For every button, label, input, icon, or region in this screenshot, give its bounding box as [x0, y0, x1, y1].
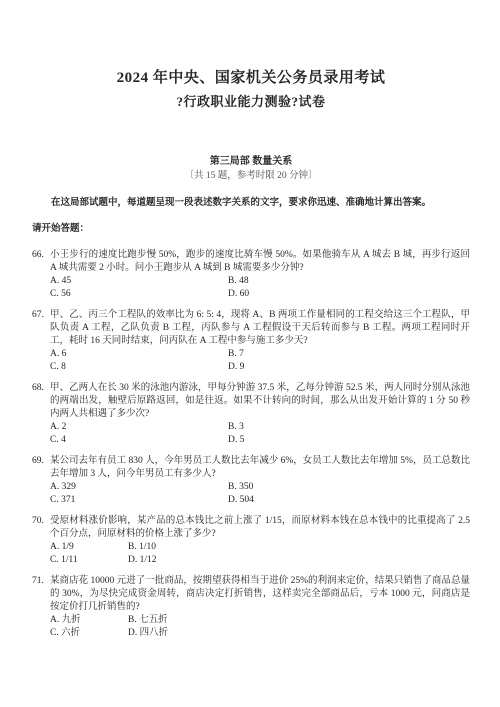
question-number: 68. — [32, 382, 50, 447]
answer-option: D. 9 — [228, 361, 470, 374]
answer-option: B. 350 — [228, 481, 470, 494]
section-meta: 〔共 15 题，参考时限 20 分钟〕 — [32, 169, 470, 183]
question-number: 67. — [32, 309, 50, 374]
question-text: 甲、乙、丙三个工程队的效率比为 6: 5: 4，现将 A、B 两项工作量相同的工… — [50, 309, 470, 348]
question-body: 某公司去年有员工 830 人，今年男员工人数比去年减少 6%，女员工人数比去年增… — [50, 455, 470, 507]
answer-option: D. 504 — [228, 494, 470, 507]
options-grid: A. 45B. 48C. 56D. 60 — [50, 275, 470, 301]
answer-option: C. 六折 — [50, 627, 128, 640]
answer-option: C. 371 — [50, 494, 228, 507]
question-text: 甲、乙两人在长 30 米的泳池内游泳，甲每分钟游 37.5 米，乙每分钟游 52… — [50, 382, 470, 421]
answer-option: C. 1/11 — [50, 554, 128, 567]
question-item: 69. 某公司去年有员工 830 人，今年男员工人数比去年减少 6%，女员工人数… — [32, 455, 470, 507]
question-number: 71. — [32, 575, 50, 640]
options-grid: A. 329B. 350C. 371D. 504 — [50, 481, 470, 507]
question-list: 66. 小王步行的速度比跑步慢 50%，跑步的速度比骑车慢 50%。如果他骑车从… — [32, 249, 470, 640]
answer-option: B. 1/10 — [128, 541, 470, 554]
answer-option: C. 8 — [50, 361, 228, 374]
question-item: 66. 小王步行的速度比跑步慢 50%，跑步的速度比骑车慢 50%。如果他骑车从… — [32, 249, 470, 301]
question-text: 某公司去年有员工 830 人，今年男员工人数比去年减少 6%，女员工人数比去年增… — [50, 455, 470, 481]
answer-option: C. 56 — [50, 288, 228, 301]
question-item: 68. 甲、乙两人在长 30 米的泳池内游泳，甲每分钟游 37.5 米，乙每分钟… — [32, 382, 470, 447]
answer-option: A. 6 — [50, 348, 228, 361]
question-body: 受原材料涨价影响，某产品的总本钱比之前上涨了 1/15，而原材料本钱在总本钱中的… — [50, 515, 470, 567]
question-body: 某商店花 10000 元进了一批商品，按期望获得相当于进价 25%的利润来定价，… — [50, 575, 470, 640]
answer-option: A. 45 — [50, 275, 228, 288]
answer-option: A. 1/9 — [50, 541, 128, 554]
exam-paper-page: 2024 年中央、国家机关公务员录用考试 ?行政职业能力测验?试卷 第三局部 数… — [0, 0, 500, 707]
answer-option: B. 7 — [228, 348, 470, 361]
section-instruction: 在这局部试题中，每道题呈现一段表述数字关系的文字，要求你迅速、准确地计算出答案。 — [32, 197, 470, 210]
question-text: 某商店花 10000 元进了一批商品，按期望获得相当于进价 25%的利润来定价，… — [50, 575, 470, 614]
question-text: 小王步行的速度比跑步慢 50%，跑步的速度比骑车慢 50%。如果他骑车从 A 城… — [50, 249, 470, 275]
answer-option: B. 3 — [228, 421, 470, 434]
paper-title-line1: 2024 年中央、国家机关公务员录用考试 — [32, 68, 470, 88]
question-body: 甲、乙两人在长 30 米的泳池内游泳，甲每分钟游 37.5 米，乙每分钟游 52… — [50, 382, 470, 447]
question-item: 71. 某商店花 10000 元进了一批商品，按期望获得相当于进价 25%的利润… — [32, 575, 470, 640]
question-body: 小王步行的速度比跑步慢 50%，跑步的速度比骑车慢 50%。如果他骑车从 A 城… — [50, 249, 470, 301]
question-text: 受原材料涨价影响，某产品的总本钱比之前上涨了 1/15，而原材料本钱在总本钱中的… — [50, 515, 470, 541]
options-grid: A. 九折B. 七五折C. 六折D. 四八折 — [50, 614, 470, 640]
question-item: 67. 甲、乙、丙三个工程队的效率比为 6: 5: 4，现将 A、B 两项工作量… — [32, 309, 470, 374]
question-body: 甲、乙、丙三个工程队的效率比为 6: 5: 4，现将 A、B 两项工作量相同的工… — [50, 309, 470, 374]
answer-option: A. 2 — [50, 421, 228, 434]
answer-option: B. 七五折 — [128, 614, 470, 627]
answer-option: D. 5 — [228, 434, 470, 447]
options-grid: A. 6B. 7C. 8D. 9 — [50, 348, 470, 374]
answer-option: D. 1/12 — [128, 554, 470, 567]
question-item: 70. 受原材料涨价影响，某产品的总本钱比之前上涨了 1/15，而原材料本钱在总… — [32, 515, 470, 567]
question-number: 66. — [32, 249, 50, 301]
answer-option: A. 329 — [50, 481, 228, 494]
begin-prompt: 请开始答题： — [32, 223, 470, 236]
paper-title-line2: ?行政职业能力测验?试卷 — [32, 88, 470, 115]
question-number: 70. — [32, 515, 50, 567]
question-number: 69. — [32, 455, 50, 507]
answer-option: D. 60 — [228, 288, 470, 301]
answer-option: C. 4 — [50, 434, 228, 447]
answer-option: D. 四八折 — [128, 627, 470, 640]
options-grid: A. 2B. 3C. 4D. 5 — [50, 421, 470, 447]
answer-option: B. 48 — [228, 275, 470, 288]
options-grid: A. 1/9B. 1/10C. 1/11D. 1/12 — [50, 541, 470, 567]
section-title: 第三局部 数量关系 — [32, 155, 470, 169]
answer-option: A. 九折 — [50, 614, 128, 627]
